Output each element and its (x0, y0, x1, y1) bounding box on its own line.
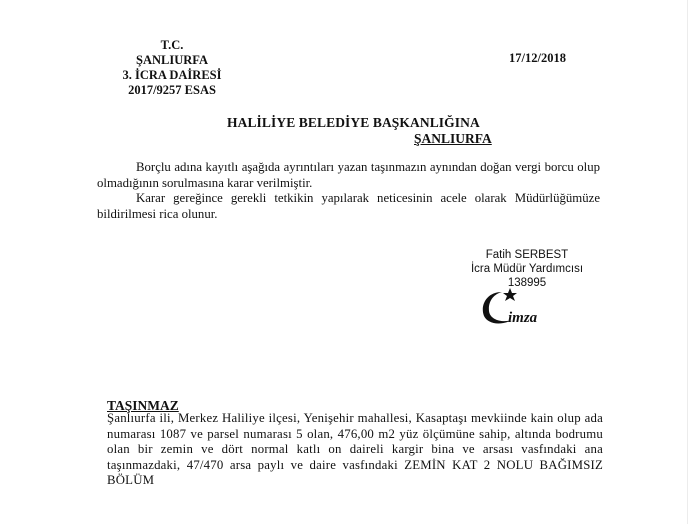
header-line: 2017/9257 ESAS (112, 83, 232, 98)
e-imza-crescent-star-icon: imza (478, 286, 568, 326)
document-date: 17/12/2018 (509, 51, 566, 66)
recipient-city: ŞANLIURFA (414, 131, 492, 147)
body-paragraph: Borçlu adına kayıtlı aşağıda ayrıntıları… (97, 160, 600, 191)
page-edge (687, 0, 688, 524)
signature-block: Fatih SERBEST İcra Müdür Yardımcısı 1389… (452, 248, 602, 290)
recipient-name: HALİLİYE BELEDİYE BAŞKANLIĞINA (227, 115, 480, 131)
header-line: ŞANLIURFA (112, 53, 232, 68)
court-header: T.C. ŞANLIURFA 3. İCRA DAİRESİ 2017/9257… (112, 38, 232, 98)
header-line: T.C. (112, 38, 232, 53)
e-imza-text: imza (508, 310, 538, 326)
letter-body: Borçlu adına kayıtlı aşağıda ayrıntıları… (97, 160, 600, 222)
body-paragraph: Karar gereğince gerekli tetkikin yapılar… (97, 191, 600, 222)
property-description: Şanlıurfa ili, Merkez Haliliye ilçesi, Y… (107, 411, 603, 489)
document-page: T.C. ŞANLIURFA 3. İCRA DAİRESİ 2017/9257… (0, 0, 690, 524)
signer-name: Fatih SERBEST (452, 248, 602, 262)
header-line: 3. İCRA DAİRESİ (112, 68, 232, 83)
signer-title: İcra Müdür Yardımcısı (452, 262, 602, 276)
